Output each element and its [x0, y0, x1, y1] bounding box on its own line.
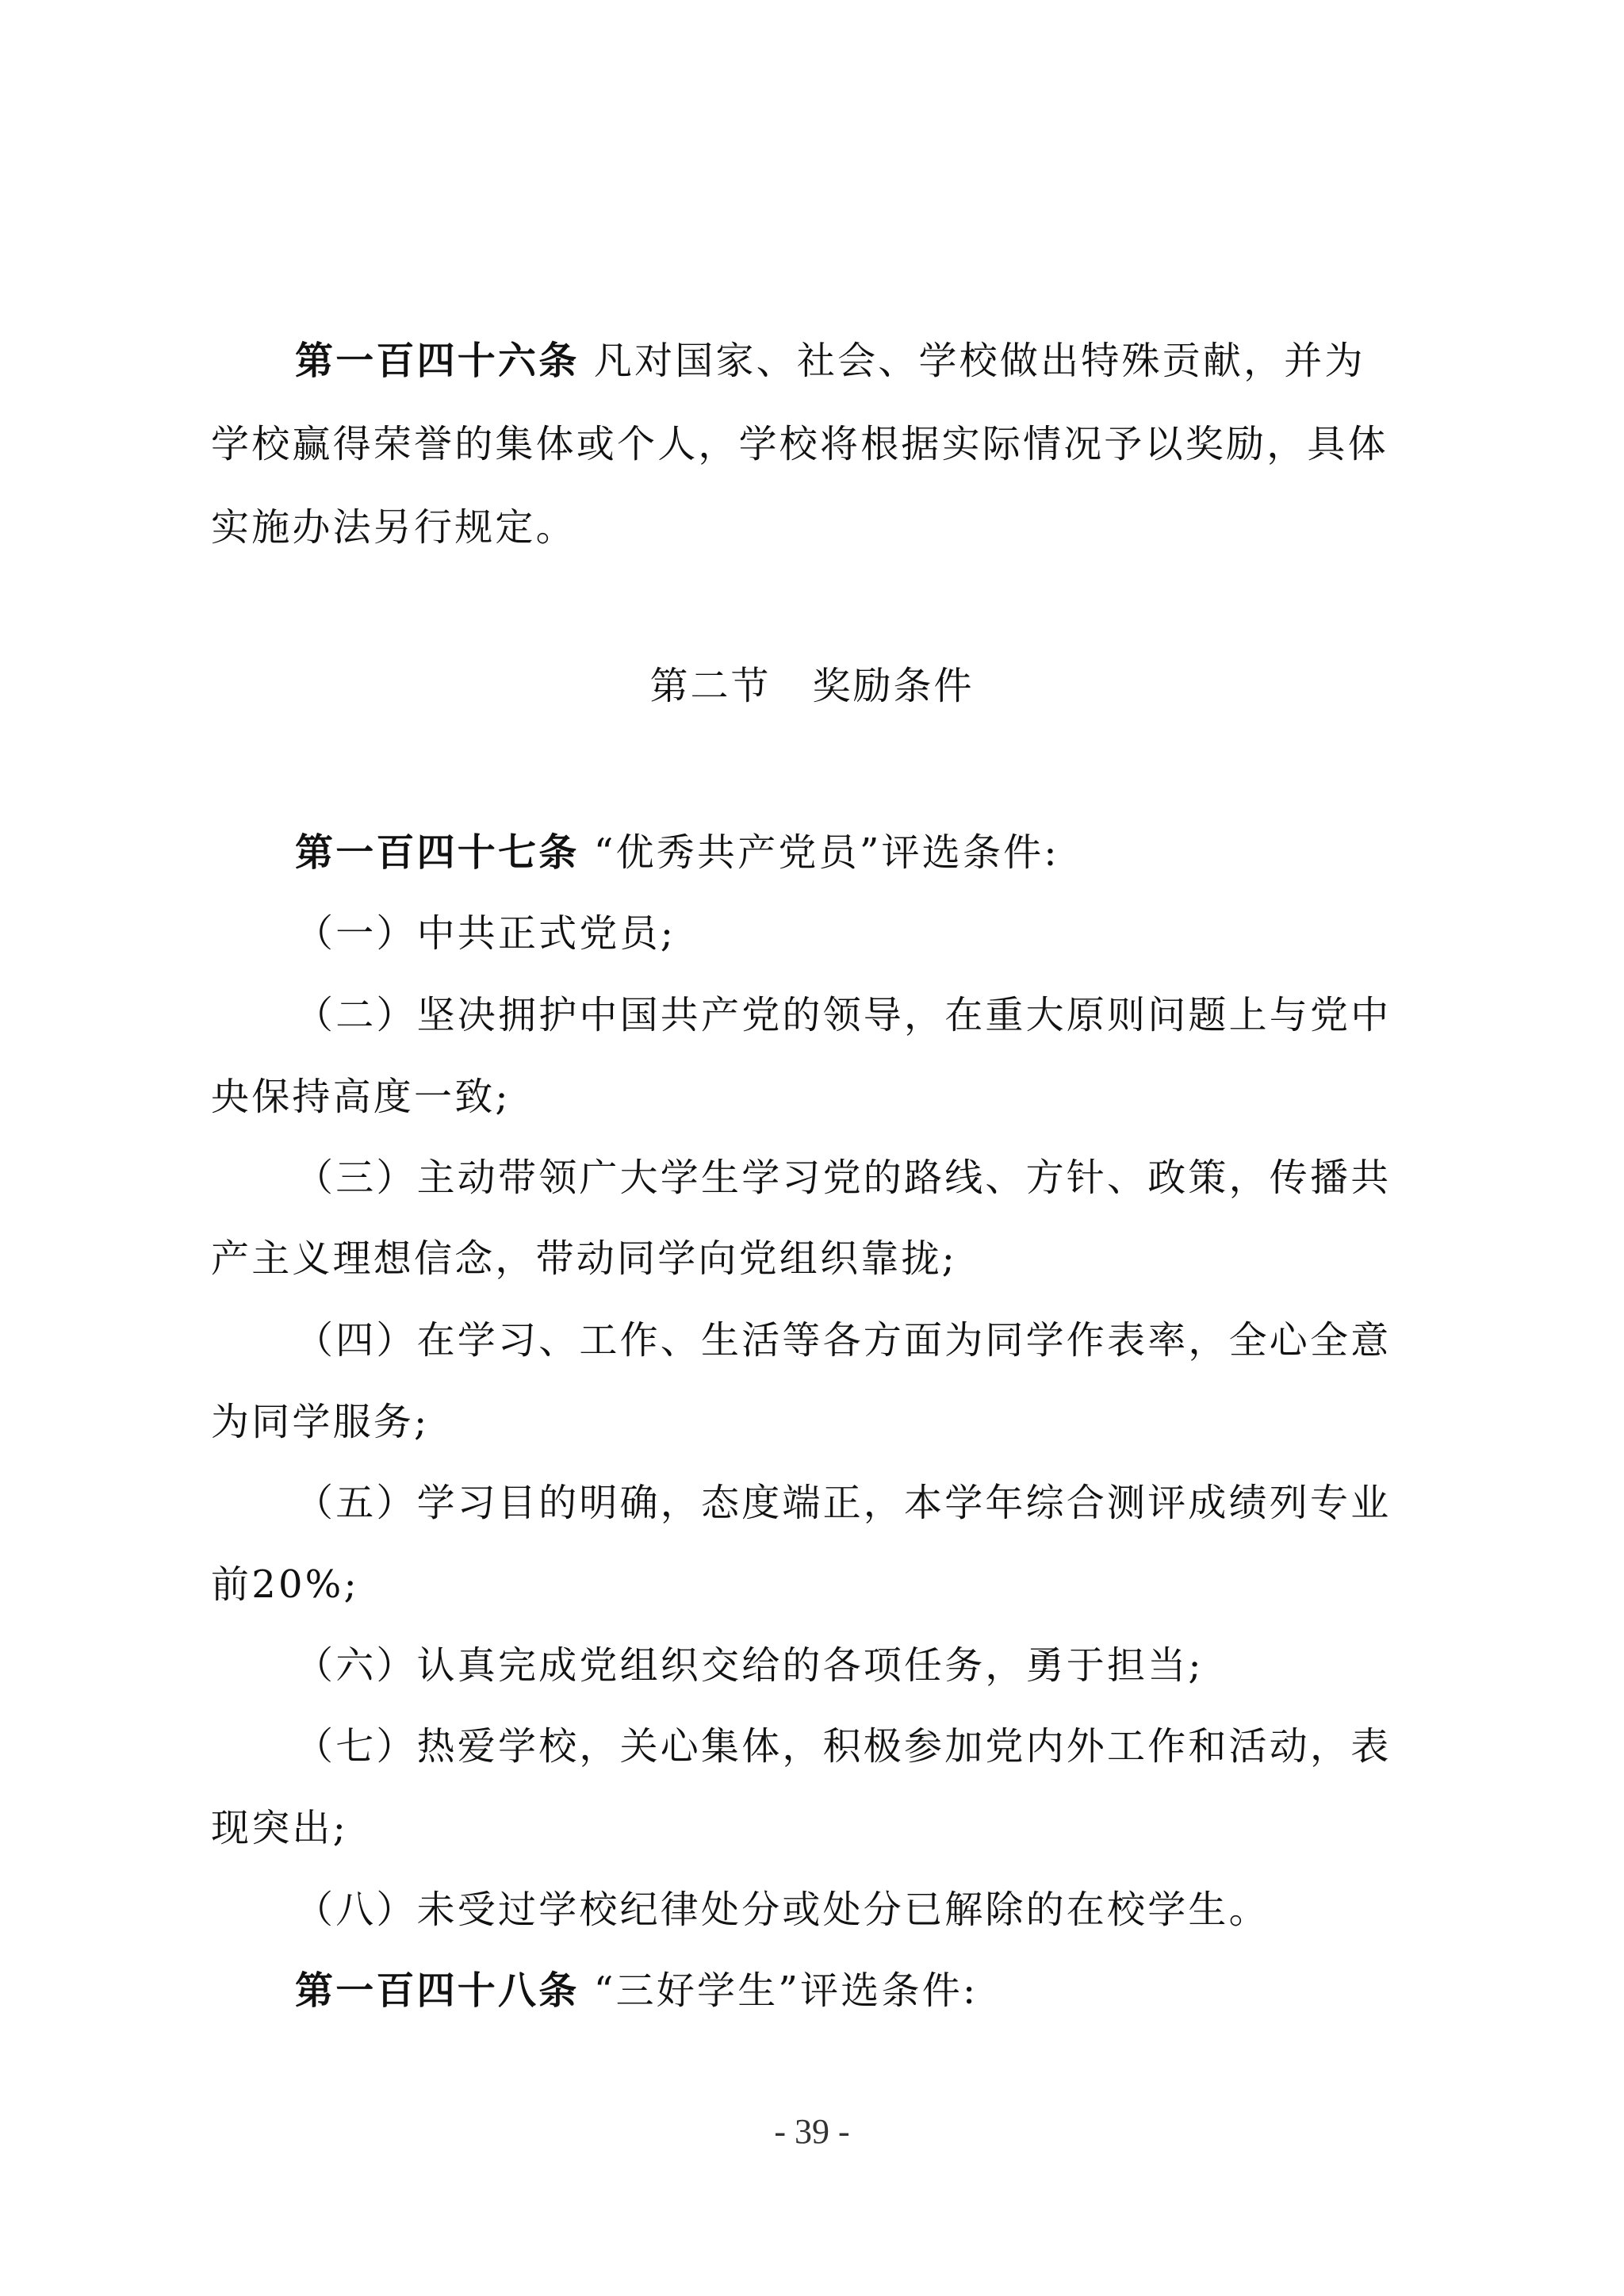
- article-146-line-3: 实施办法另行规定。: [211, 504, 576, 551]
- document-page: 第一百四十六条 凡对国家、社会、学校做出特殊贡献，并为 学校赢得荣誉的集体或个人…: [0, 0, 1624, 2296]
- list-item-7: （七）热爱学校，关心集体，积极参加党内外工作和活动，表: [295, 1723, 1391, 1770]
- article-147-heading: 第一百四十七条 “优秀共产党员”评选条件:: [295, 829, 1059, 876]
- section-heading: 第二节奖励条件: [0, 662, 1624, 710]
- article-148-heading: 第一百四十八条 “三好学生”评选条件:: [295, 1967, 978, 2014]
- article-146-line-1: 第一百四十六条 凡对国家、社会、学校做出特殊贡献，并为: [295, 337, 1365, 385]
- article-146-text: 凡对国家、社会、学校做出特殊贡献，并为: [594, 339, 1365, 383]
- list-item-4: （四）在学习、工作、生活等各方面为同学作表率，全心全意: [295, 1317, 1391, 1364]
- section-title: 奖励条件: [813, 664, 975, 708]
- list-item-2: （二）坚决拥护中国共产党的领导，在重大原则问题上与党中: [295, 991, 1391, 1039]
- list-item-2-cont: 央保持高度一致;: [211, 1073, 511, 1121]
- article-146-line-2: 学校赢得荣誉的集体或个人，学校将根据实际情况予以奖励，具体: [211, 420, 1388, 468]
- article-147-title: 第一百四十七条: [295, 830, 579, 875]
- list-item-4-cont: 为同学服务;: [211, 1398, 429, 1446]
- page-number: - 39 -: [0, 2110, 1624, 2154]
- list-item-6: （六）认真完成党组织交给的各项任务，勇于担当;: [295, 1642, 1204, 1689]
- article-146-title: 第一百四十六条: [295, 339, 579, 383]
- article-148-intro: “三好学生”评选条件:: [594, 1968, 978, 2013]
- list-item-1: （一）中共正式党员;: [295, 910, 676, 957]
- list-item-5-cont: 前20%;: [211, 1561, 359, 1608]
- section-number: 第二节: [649, 664, 771, 708]
- article-147-intro: “优秀共产党员”评选条件:: [594, 830, 1059, 875]
- list-item-5: （五）学习目的明确，态度端正，本学年综合测评成绩列专业: [295, 1479, 1391, 1527]
- list-item-7-cont: 现突出;: [211, 1804, 348, 1852]
- list-item-3: （三）主动带领广大学生学习党的路线、方针、政策，传播共: [295, 1154, 1391, 1202]
- article-148-title: 第一百四十八条: [295, 1968, 579, 2013]
- list-item-8: （八）未受过学校纪律处分或处分已解除的在校学生。: [295, 1886, 1270, 1934]
- list-item-3-cont: 产主义理想信念，带动同学向党组织靠拢;: [211, 1235, 957, 1282]
